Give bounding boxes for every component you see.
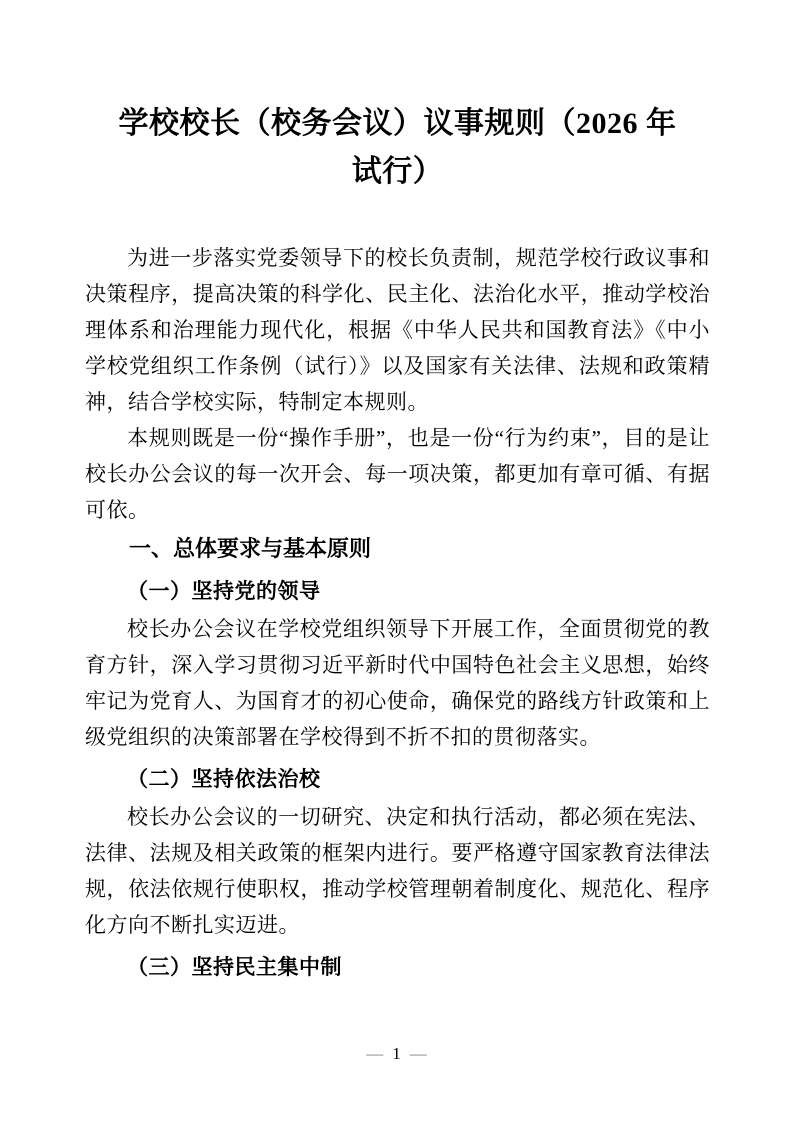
document-body: 为进一步落实党委领导下的校长负责制，规范学校行政议事和决策程序，提高决策的科学化… [85,240,710,985]
subsection-heading-party-leadership: （一）坚持党的领导 [85,573,710,609]
document-title: 学校校长（校务会议）议事规则（2026 年 试行） [85,100,710,196]
paragraph-purpose: 本规则既是一份“操作手册”，也是一份“行为约束”，目的是让校长办公会议的每一次开… [85,420,710,528]
document-content: 学校校长（校务会议）议事规则（2026 年 试行） 为进一步落实党委领导下的校长… [85,0,710,987]
section-heading-general-requirements: 一、总体要求与基本原则 [85,531,710,567]
page-number: 1 [392,1044,401,1063]
paragraph-preamble: 为进一步落实党委领导下的校长负责制，规范学校行政议事和决策程序，提高决策的科学化… [85,240,710,420]
document-title-line-2: 试行） [85,148,710,196]
document-page: 学校校长（校务会议）议事规则（2026 年 试行） 为进一步落实党委领导下的校长… [0,0,793,1122]
document-title-line-1: 学校校长（校务会议）议事规则（2026 年 [85,100,710,148]
footer-dash-left: — [366,1044,383,1063]
subsection-heading-law-based-governance: （二）坚持依法治校 [85,761,710,797]
paragraph-party-leadership: 校长办公会议在学校党组织领导下开展工作，全面贯彻党的教育方针，深入学习贯彻习近平… [85,611,710,755]
footer-dash-right: — [410,1044,427,1063]
paragraph-law-based-governance: 校长办公会议的一切研究、决定和执行活动，都必须在宪法、法律、法规及相关政策的框架… [85,799,710,943]
subsection-heading-democratic-centralism: （三）坚持民主集中制 [85,949,710,985]
page-footer: —1— [0,1044,793,1064]
